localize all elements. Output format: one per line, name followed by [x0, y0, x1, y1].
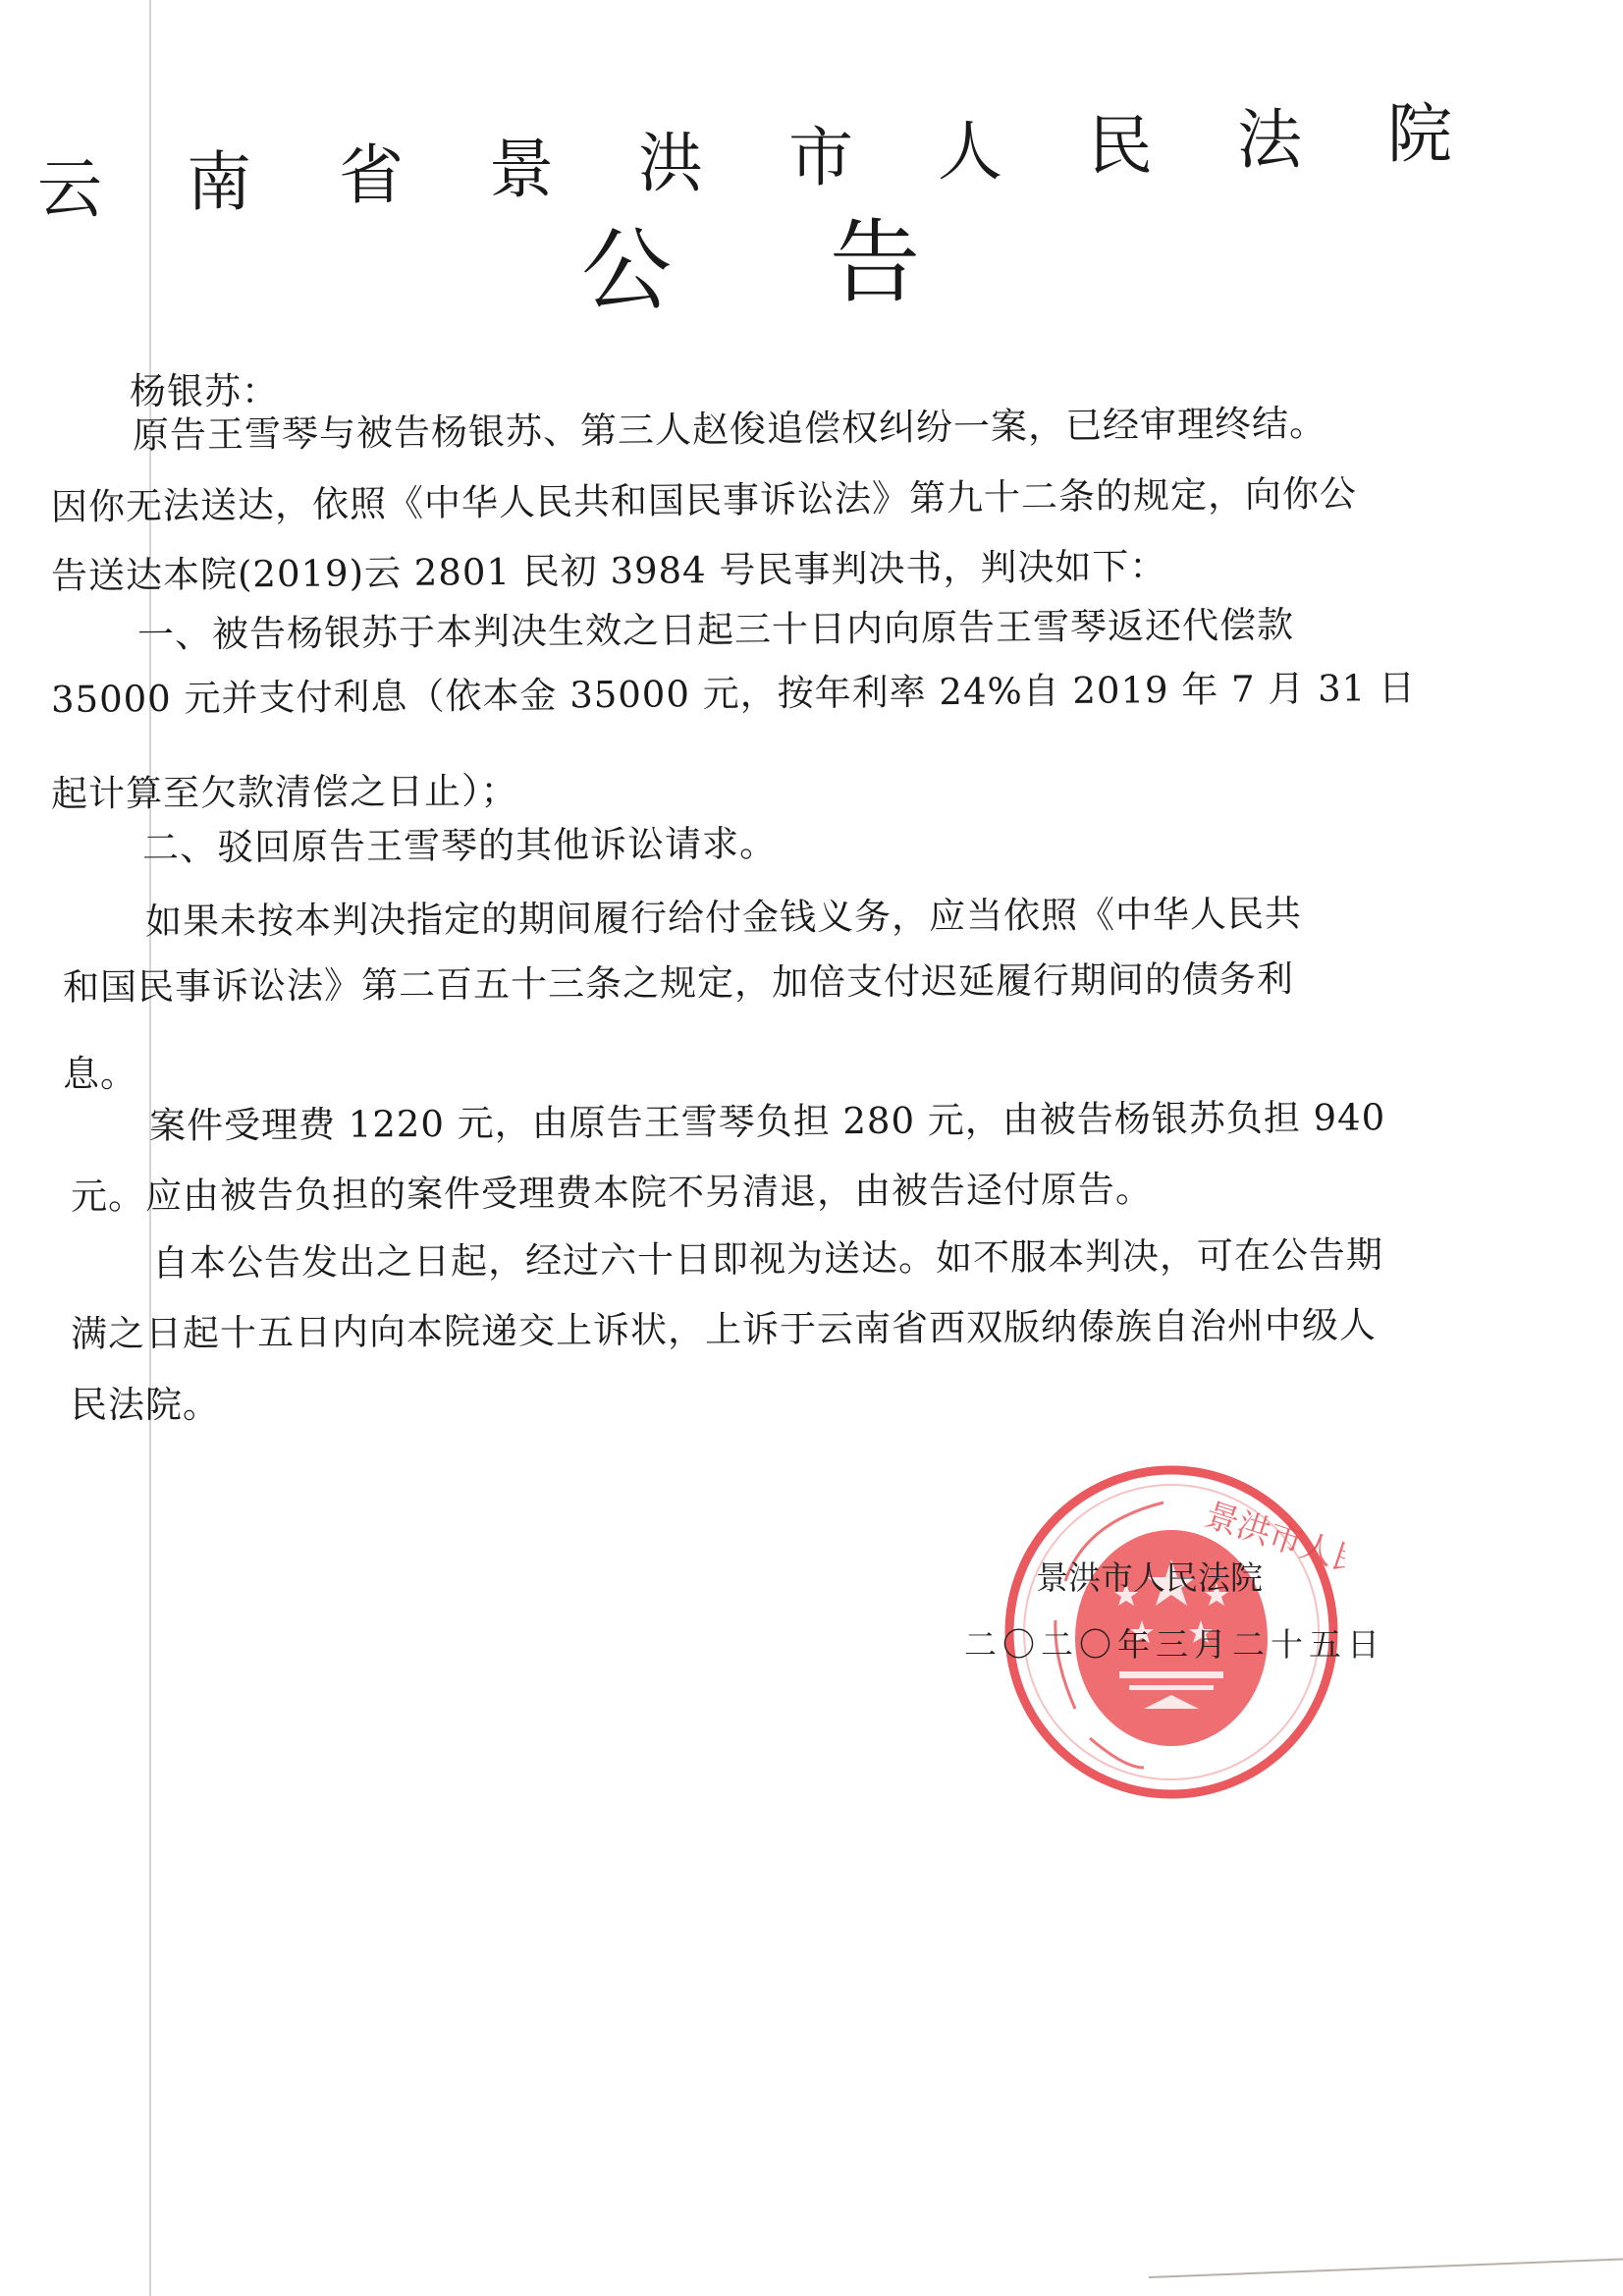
body-line: 息。: [63, 1056, 137, 1092]
signature-court-name: 景洪市人民法院: [1036, 1561, 1263, 1594]
court-name-char: 云: [37, 157, 102, 222]
scan-edge-artifact: [1149, 2258, 1623, 2278]
body-line: 如果未按本判决指定的期间履行给付金钱义务，应当依照《中华人民共: [145, 896, 1302, 940]
court-name-char: 省: [339, 143, 404, 208]
court-name-char: 民: [1088, 114, 1153, 179]
notice-title-char: 告: [830, 218, 920, 308]
body-line: 自本公告发出之日起，经过六十日即视为送达。如不服本判决，可在公告期: [152, 1236, 1383, 1282]
body-line: 告送达本院(2019)云 2801 民初 3984 号民事判决书，判决如下：: [51, 548, 1167, 594]
body-line: 因你无法送达，依照《中华人民共和国民事诉讼法》第九十二条的规定，向你公: [51, 475, 1357, 525]
court-name-char: 洪: [638, 132, 703, 196]
court-name-char: 人: [938, 120, 1002, 185]
addressee: 杨银苏：: [130, 373, 279, 410]
body-line: 民法院。: [71, 1387, 220, 1423]
court-name-char: 市: [788, 126, 853, 191]
body-line: 二、驳回原告王雪琴的其他诉讼请求。: [142, 825, 777, 866]
court-name-char: 院: [1387, 102, 1452, 167]
body-line: 原告王雪琴与被告杨银苏、第三人赵俊追偿权纠纷一案，已经审理终结。: [133, 405, 1326, 454]
scan-margin-line: [149, 0, 151, 2296]
notice-title: 公 告: [0, 224, 1623, 332]
body-line: 起计算至欠款清偿之日止）；: [51, 773, 518, 812]
notice-title-char: 公: [581, 226, 672, 316]
court-name-char: 法: [1237, 108, 1302, 173]
body-line: 元。应由被告负担的案件受理费本院不另清退，由被告迳付原告。: [71, 1171, 1153, 1215]
court-name-char: 景: [489, 137, 554, 202]
body-line: 案件受理费 1220 元，由原告王雪琴负担 280 元，由被告杨银苏负担 940: [149, 1099, 1385, 1144]
court-name-heading: 云 南 省 景 洪 市 人 民 法 院: [0, 116, 1623, 224]
body-line: 满之日起十五日内向本院递交上诉状，上诉于云南省西双版纳傣族自治州中级人: [71, 1307, 1377, 1352]
court-name-char: 南: [187, 150, 251, 215]
body-line: 和国民事诉讼法》第二百五十三条之规定，加倍支付迟延履行期间的债务利: [63, 960, 1294, 1006]
signature-date: 二〇二〇年三月二十五日: [964, 1628, 1385, 1661]
body-line: 35000 元并支付利息（依本金 35000 元，按年利率 24%自 2019 …: [51, 670, 1416, 718]
body-line: 一、被告杨银苏于本判决生效之日起三十日内向原告王雪琴返还代偿款: [137, 607, 1294, 653]
